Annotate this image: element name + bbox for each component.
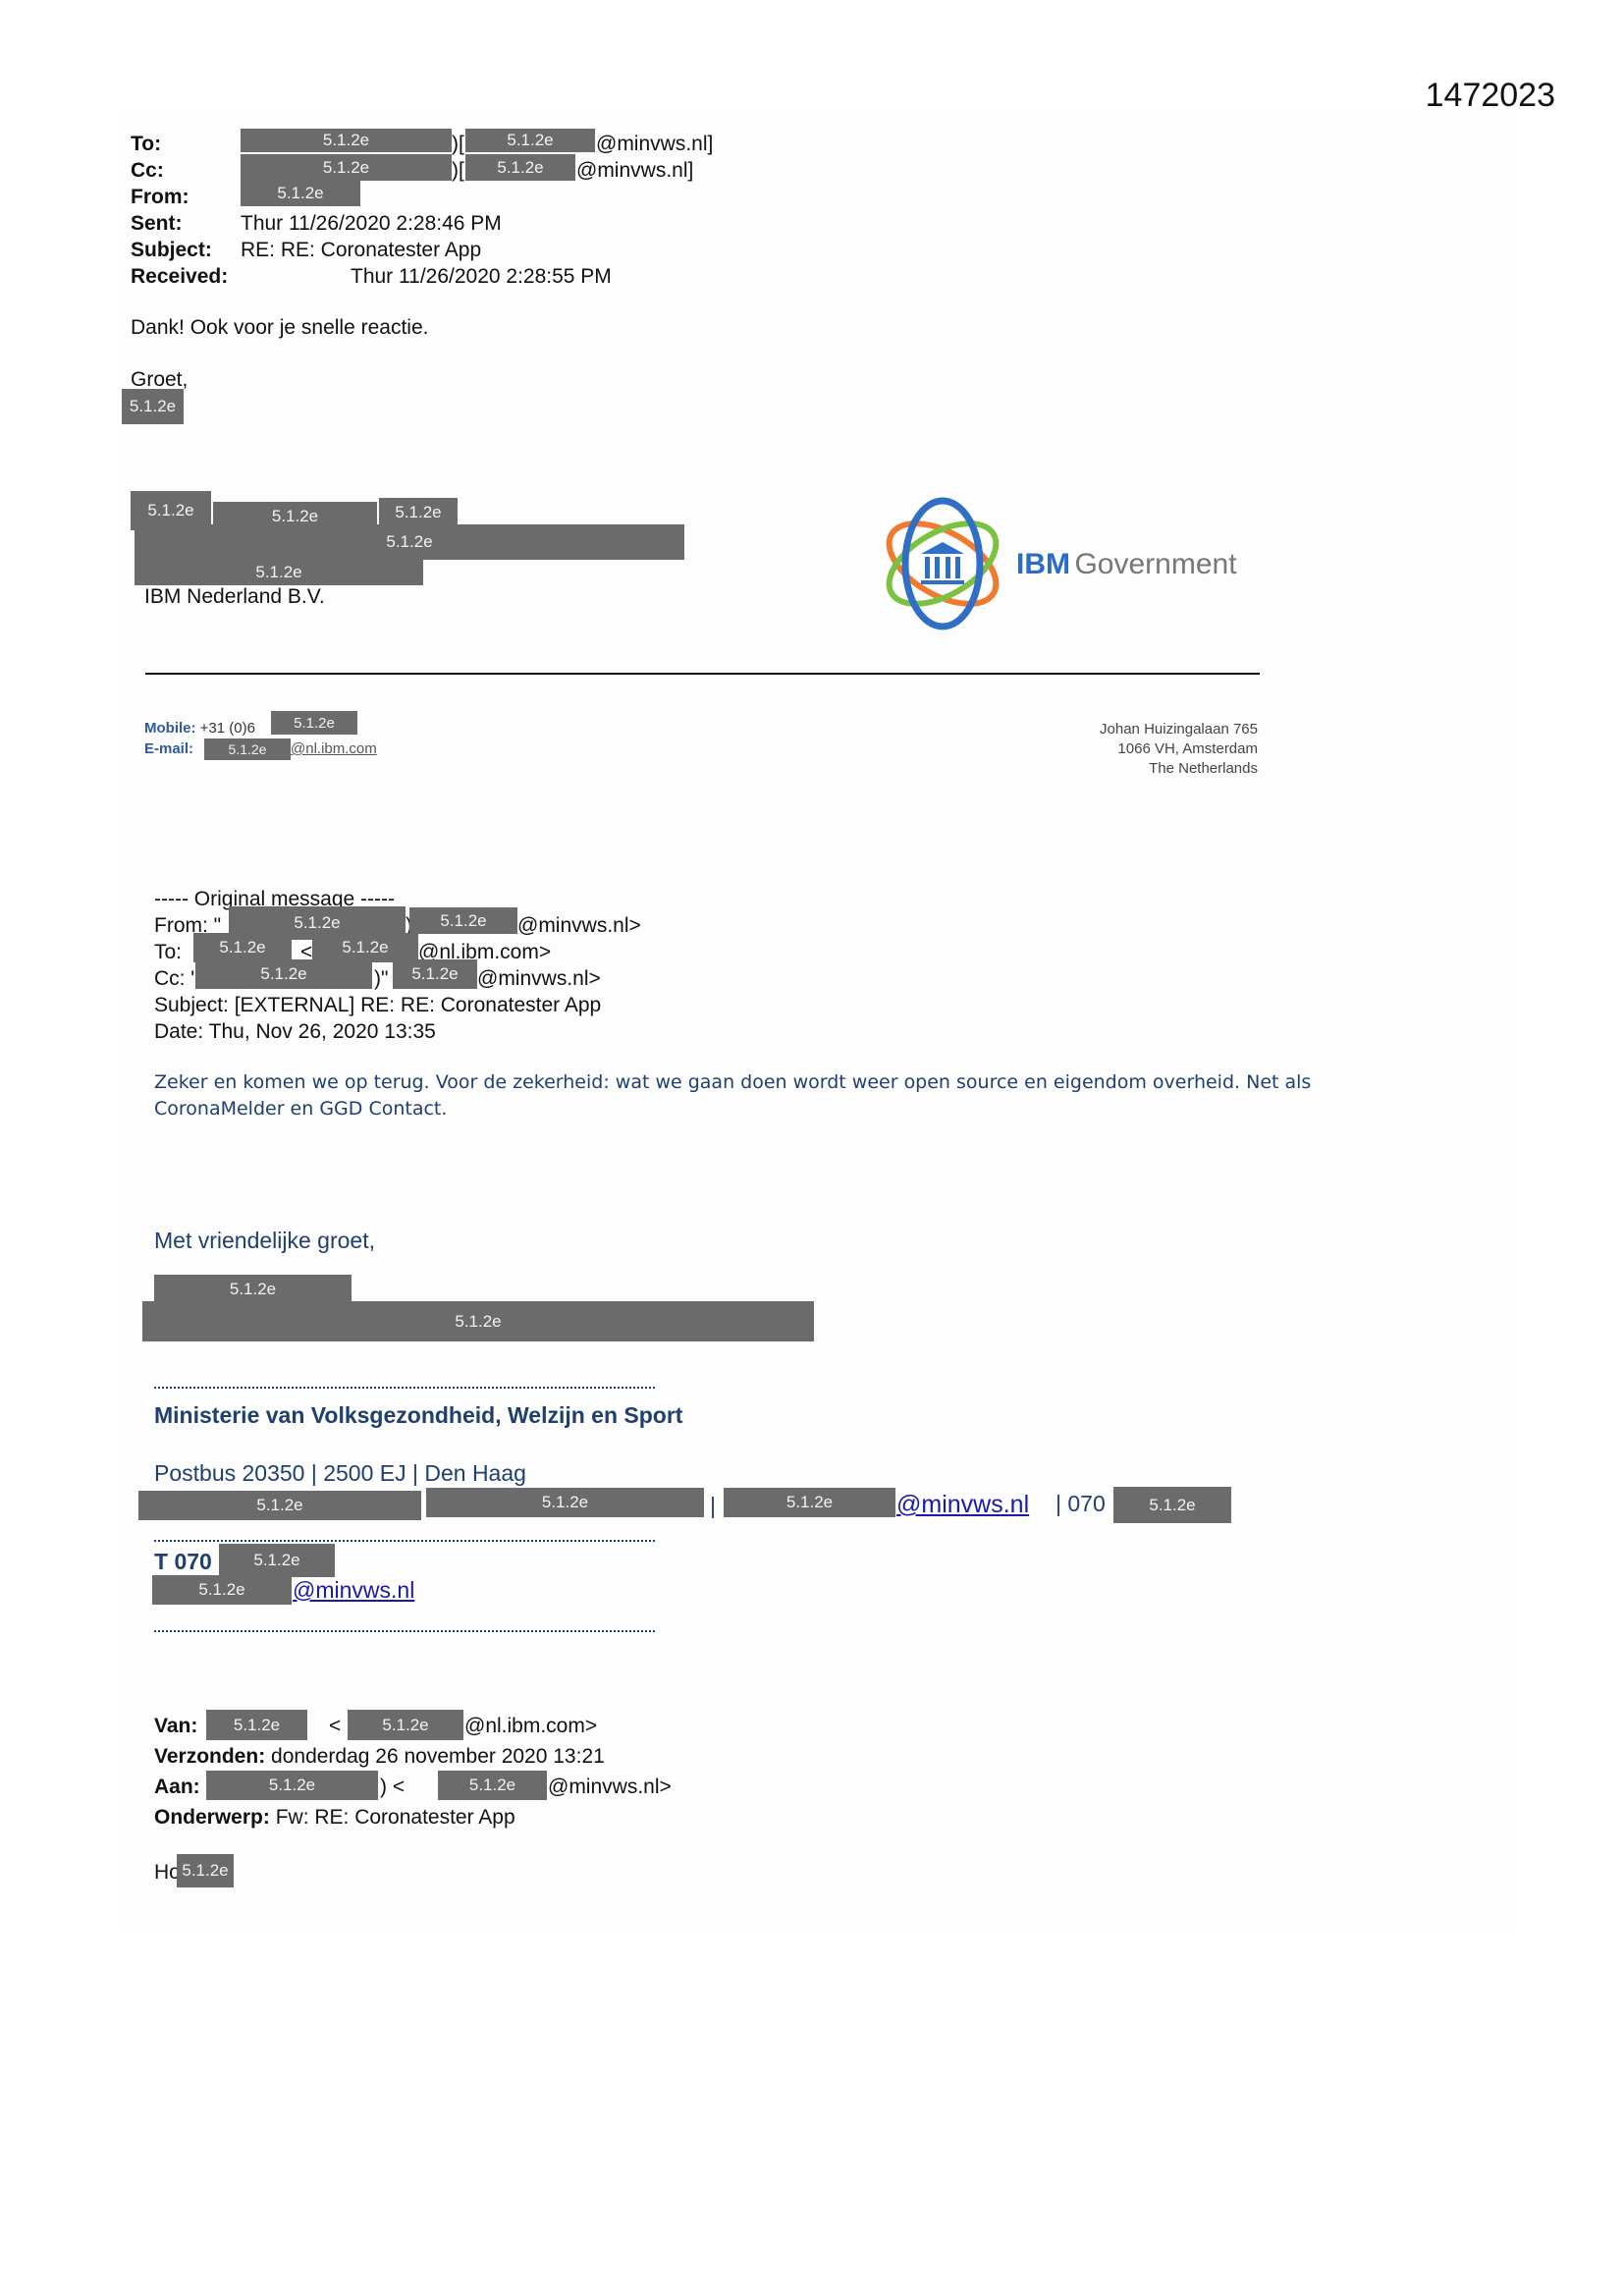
cc-label: Cc: — [131, 157, 164, 184]
redaction: 5.1.2e — [152, 1575, 292, 1605]
phone-prefix: | 070 — [1056, 1491, 1106, 1517]
document-id: 1472023 — [1426, 77, 1555, 115]
verzonden-label: Verzonden: — [154, 1745, 265, 1768]
aan-suffix: @minvws.nl> — [548, 1776, 672, 1799]
reply-text: Dank! Ook voor je snelle reactie. — [131, 316, 428, 340]
redaction: 5.1.2e — [241, 154, 452, 181]
cc-suffix: @minvws.nl> — [477, 965, 601, 992]
original-body-line: CoronaMelder en GGD Contact. — [154, 1096, 447, 1122]
van-mid: < — [329, 1715, 341, 1738]
original-body-line: Zeker en komen we op terug. Voor de zeke… — [154, 1069, 1311, 1096]
to-suffix: @minvws.nl] — [596, 131, 713, 157]
dotted-divider — [154, 1387, 655, 1389]
redaction: 5.1.2e — [204, 738, 291, 760]
cc-label: Cc: " — [154, 965, 198, 992]
redaction: 5.1.2e — [241, 129, 452, 152]
subject-label: Subject: — [131, 237, 212, 263]
to-label: To: — [154, 939, 182, 965]
redaction: 5.1.2e — [135, 524, 684, 560]
cc-suffix: @minvws.nl] — [576, 157, 693, 184]
email-link[interactable]: @nl.ibm.com — [291, 740, 377, 757]
redaction: 5.1.2e — [271, 711, 357, 735]
redaction: 5.1.2e — [138, 1491, 421, 1520]
to-label: To: — [131, 131, 161, 157]
pipe-separator: | — [710, 1493, 716, 1519]
original-subject: Subject: [EXTERNAL] RE: RE: Coronatester… — [154, 992, 601, 1018]
from-label: From: — [131, 184, 189, 210]
logo-ibm: IBM — [1016, 548, 1070, 580]
onderwerp-label: Onderwerp: — [154, 1806, 270, 1829]
aan-label: Aan: — [154, 1776, 200, 1799]
redaction: 5.1.2e — [195, 959, 372, 989]
dotted-divider — [154, 1540, 655, 1542]
received-label: Received: — [131, 263, 228, 290]
redaction: 5.1.2e — [193, 933, 292, 962]
redaction: 5.1.2e — [409, 907, 517, 934]
received-value: Thur 11/26/2020 2:28:55 PM — [351, 263, 612, 290]
redaction: 5.1.2e — [312, 933, 418, 962]
ministry-name: Ministerie van Volksgezondheid, Welzijn … — [154, 1402, 682, 1429]
redaction: 5.1.2e — [135, 560, 423, 585]
aan-mid: ) < — [380, 1776, 405, 1799]
ibm-government-logo-text: IBM Government — [1016, 548, 1237, 581]
verzonden-line: Verzonden: donderdag 26 november 2020 13… — [154, 1745, 605, 1769]
subject-value: RE: RE: Coronatester App — [241, 237, 481, 263]
redaction: 5.1.2e — [348, 1710, 463, 1740]
email-label-line: E-mail: — [144, 740, 193, 757]
phone-label: T 070 — [154, 1549, 212, 1574]
sent-label: Sent: — [131, 210, 183, 237]
ibm-government-logo-icon — [882, 493, 1009, 630]
redaction: 5.1.2e — [206, 1771, 378, 1800]
redaction: 5.1.2e — [177, 1854, 234, 1887]
redaction: 5.1.2e — [393, 959, 477, 989]
redaction: 5.1.2e — [219, 1544, 335, 1577]
ministry-email-link[interactable]: @minvws.nl — [896, 1491, 1029, 1519]
redaction: 5.1.2e — [122, 389, 184, 424]
address-line: 1066 VH, Amsterdam — [1100, 739, 1258, 759]
redaction: 5.1.2e — [1113, 1487, 1231, 1523]
logo-government: Government — [1074, 548, 1236, 580]
redaction: 5.1.2e — [241, 181, 360, 206]
redaction: 5.1.2e — [426, 1488, 704, 1517]
closing: Met vriendelijke groet, — [154, 1228, 375, 1254]
from-suffix: @minvws.nl> — [517, 912, 641, 939]
mobile-label: Mobile: — [144, 720, 196, 737]
mobile-line: Mobile: +31 (0)6 — [144, 720, 255, 737]
van-label: Van: — [154, 1715, 197, 1738]
redaction: 5.1.2e — [142, 1301, 814, 1341]
address-line: Johan Huizingalaan 765 — [1100, 720, 1258, 739]
dotted-divider — [154, 1630, 655, 1632]
onderwerp-line: Onderwerp: Fw: RE: Coronatester App — [154, 1806, 515, 1830]
onderwerp-value: Fw: RE: Coronatester App — [276, 1806, 515, 1829]
redaction: 5.1.2e — [724, 1488, 895, 1517]
postal-address: Postbus 20350 | 2500 EJ | Den Haag — [154, 1460, 526, 1487]
redaction: 5.1.2e — [154, 1275, 352, 1304]
redaction: 5.1.2e — [465, 154, 575, 181]
separator: )[ — [452, 131, 464, 157]
van-suffix: @nl.ibm.com> — [464, 1715, 597, 1738]
mobile-prefix: +31 (0)6 — [200, 720, 255, 737]
address-line: The Netherlands — [1100, 759, 1258, 779]
office-address: Johan Huizingalaan 765 1066 VH, Amsterda… — [1100, 720, 1258, 779]
email-label: E-mail: — [144, 740, 193, 757]
sent-value: Thur 11/26/2020 2:28:46 PM — [241, 210, 502, 237]
company-name: IBM Nederland B.V. — [144, 585, 325, 609]
phone-line: T 070 — [154, 1549, 212, 1575]
separator: )[ — [452, 157, 464, 184]
ministry-email-link-2[interactable]: @minvws.nl — [293, 1577, 414, 1604]
redaction: 5.1.2e — [438, 1771, 547, 1800]
divider — [145, 673, 1260, 675]
redaction: 5.1.2e — [465, 129, 595, 152]
verzonden-value: donderdag 26 november 2020 13:21 — [271, 1745, 605, 1768]
original-date: Date: Thu, Nov 26, 2020 13:35 — [154, 1018, 436, 1045]
redaction: 5.1.2e — [206, 1710, 307, 1740]
redaction: 5.1.2e — [379, 498, 458, 527]
